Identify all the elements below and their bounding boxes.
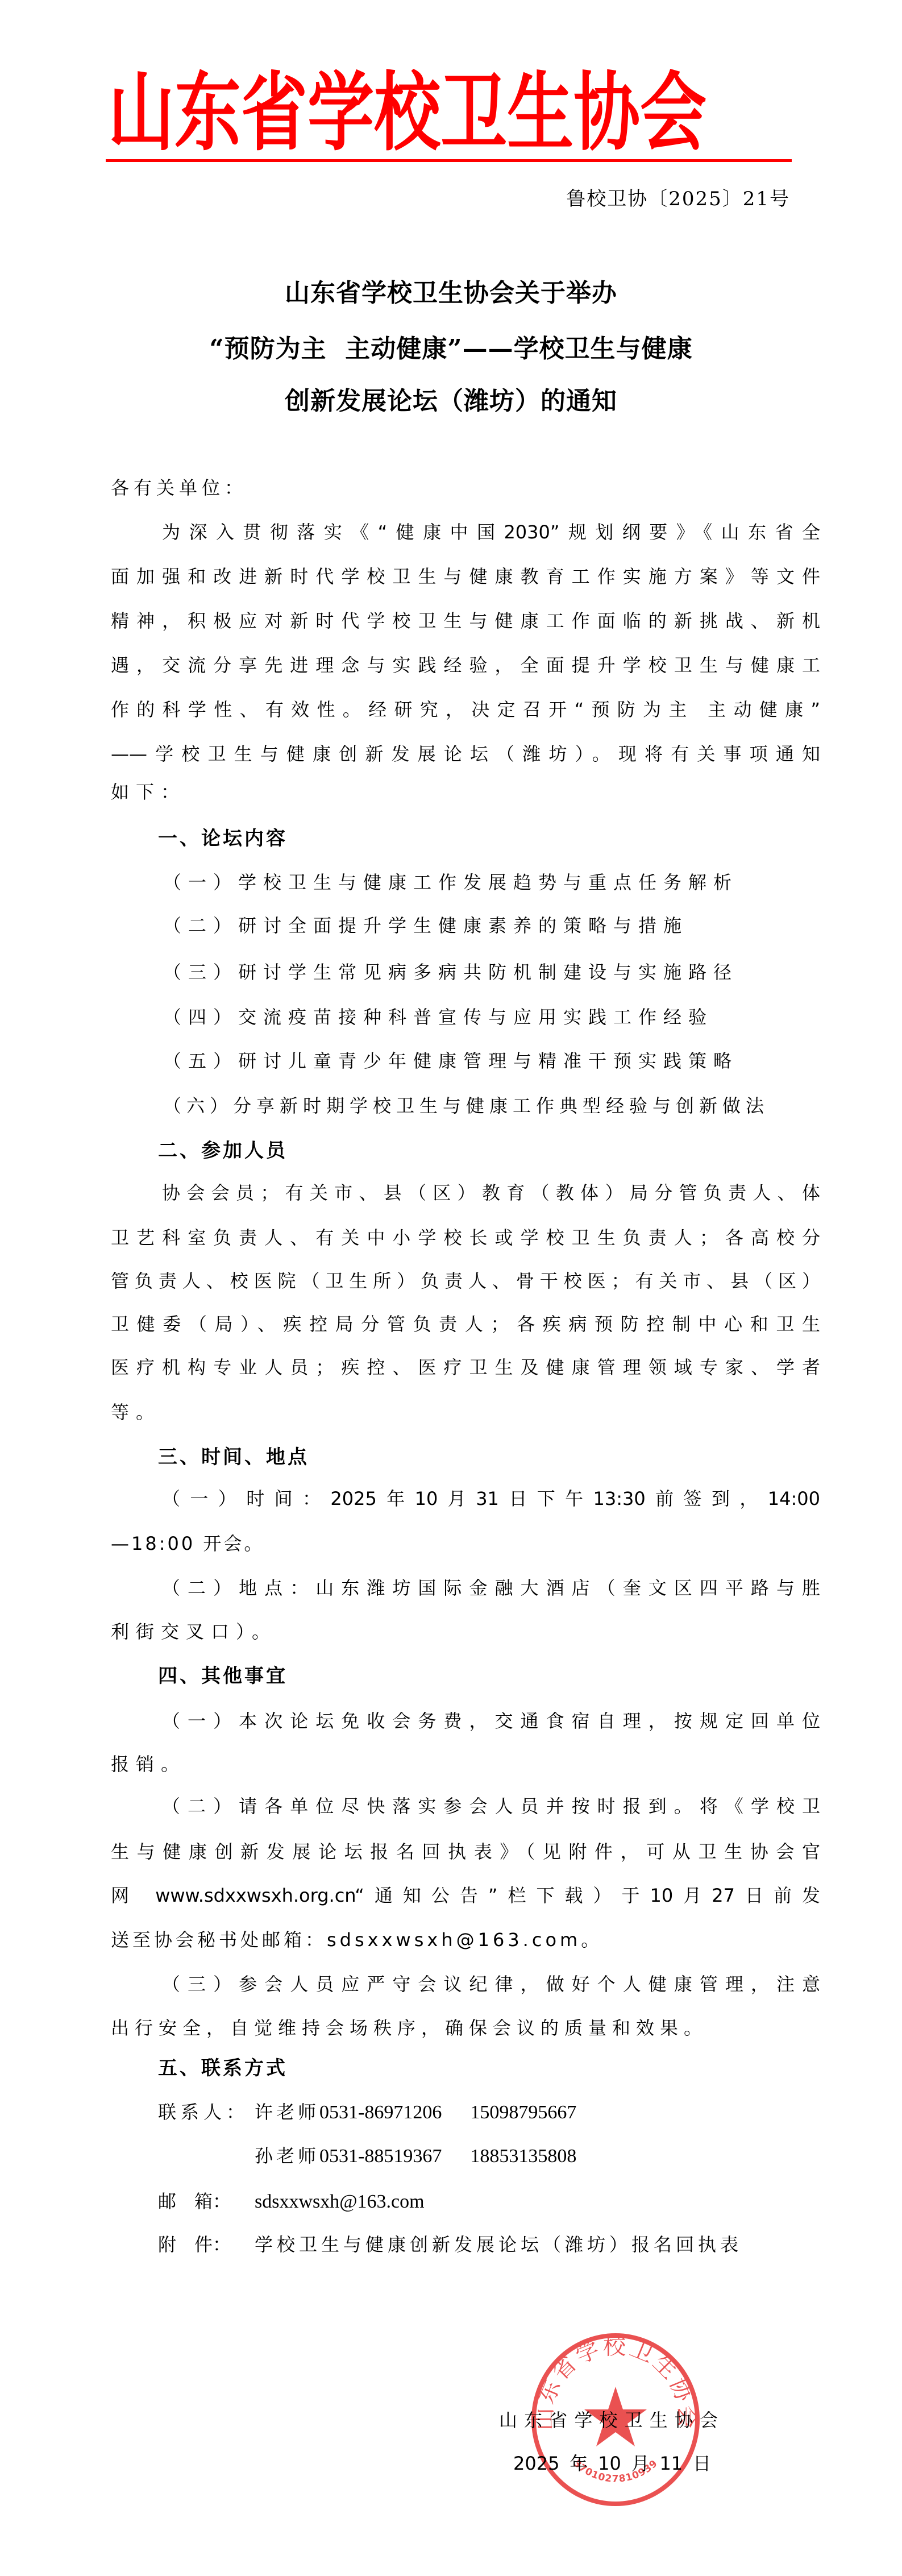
intro-line: 面加强和改进新时代学校卫生与健康教育工作实施方案》等文件 — [111, 562, 820, 591]
masthead-char: 协 — [573, 67, 640, 158]
masthead-char: 山 — [108, 67, 174, 158]
other-matters-line: 网 www.sdxxwsxh.org.cn“通知公告”栏下载）于10月27日前发 — [111, 1881, 820, 1910]
contact-mobile: 15098795667 — [470, 2102, 576, 2123]
notice-title-line: 创新发展论坛（潍坊）的通知 — [0, 384, 902, 418]
participants-line: 卫健委（局）、疾控局分管负责人；各疾病预防控制中心和卫生 — [111, 1310, 820, 1338]
time-place-line: （二）地点：山东潍坊国际金融大酒店（奎文区四平路与胜 — [162, 1574, 820, 1602]
attachment-title[interactable]: 学校卫生与健康创新发展论坛（潍坊）报名回执表 — [255, 2234, 742, 2255]
forum-topic-item: （六）分享新时期学校卫生与健康工作典型经验与创新做法 — [163, 1092, 769, 1120]
forum-topic-item: （三）研讨学生常见病多病共防机制建设与实施路径 — [163, 958, 738, 986]
contact-row: 孙老师0531-8851936718853135808 — [158, 2142, 576, 2170]
participants-line: 医疗机构专业人员；疾控、医疗卫生及健康管理领域专家、学者 — [111, 1353, 820, 1382]
contact-label: 联系人： — [158, 2098, 255, 2126]
salutation: 各有关单位： — [111, 474, 247, 502]
org-masthead: 山 东 省 学 校 卫 生 协 会 — [108, 67, 642, 158]
signoff-organization: 山东省学校卫生协会 — [499, 2406, 718, 2434]
other-matters-line: 送至协会秘书处邮箱：sdsxxwsxh@163.com。 — [111, 1926, 602, 1954]
masthead-char: 东 — [174, 67, 241, 158]
section-heading-other-matters: 四、其他事宜 — [158, 1662, 288, 1690]
intro-line: 如下： — [111, 778, 186, 806]
intro-line: 精神，积极应对新时代学校卫生与健康工作面临的新挑战、新机 — [111, 607, 820, 635]
masthead-char: 生 — [507, 67, 573, 158]
document-number: 鲁校卫协〔2025〕21号 — [566, 188, 790, 210]
notice-title-line: 山东省学校卫生协会关于举办 — [0, 276, 902, 310]
email-address[interactable]: sdsxxwsxh@163.com — [255, 2191, 425, 2212]
document-page: 山 东 省 学 校 卫 生 协 会 鲁校卫协〔2025〕21号 山东省学校卫生协… — [0, 0, 902, 2576]
contact-name: 孙老师 — [255, 2145, 319, 2167]
contact-mobile: 18853135808 — [470, 2146, 576, 2167]
other-matters-line: （三）参会人员应严守会议纪律，做好个人健康管理，注意 — [162, 1970, 820, 1998]
section-heading-time-place: 三、时间、地点 — [158, 1443, 309, 1471]
attachment-label: 附 件： — [158, 2230, 255, 2259]
masthead-char: 会 — [640, 67, 706, 158]
time-place-line: （一）时间：2025年10月31日下午13:30前签到，14:00 — [162, 1484, 820, 1513]
contact-name: 许老师 — [255, 2101, 319, 2123]
intro-line: ——学校卫生与健康创新发展论坛（潍坊）。现将有关事项通知 — [111, 740, 820, 768]
intro-line: 为深入贯彻落实《“健康中国2030”规划纲要》《山东省全 — [162, 518, 820, 546]
email-row: 邮 箱：sdsxxwsxh@163.com — [158, 2187, 425, 2216]
attachment-row: 附 件：学校卫生与健康创新发展论坛（潍坊）报名回执表 — [158, 2230, 742, 2259]
contact-row: 联系人：许老师0531-8697120615098795667 — [158, 2098, 576, 2126]
contact-phone: 0531-86971206 — [319, 2102, 442, 2123]
masthead-divider — [106, 159, 792, 162]
other-matters-line: 出行安全，自觉维持会场秩序，确保会议的质量和效果。 — [111, 2014, 708, 2042]
masthead-char: 学 — [307, 67, 374, 158]
intro-line: 遇，交流分享先进理念与实践经验，全面提升学校卫生与健康工 — [111, 651, 820, 679]
intro-line: 作的科学性、有效性。经研究，决定召开“预防为主 主动健康” — [111, 695, 820, 724]
forum-topic-item: （四）交流疫苗接种科普宣传与应用实践工作经验 — [163, 1003, 713, 1031]
signoff-date: 2025年10月11日 — [513, 2449, 711, 2478]
participants-line: 管负责人、校医院（卫生所）负责人、骨干校医；有关市、县（区） — [111, 1267, 820, 1295]
section-heading-forum-content: 一、论坛内容 — [158, 824, 288, 853]
other-matters-line: 生与健康创新发展论坛报名回执表》（见附件，可从卫生协会官 — [111, 1837, 820, 1866]
masthead-char: 校 — [374, 67, 440, 158]
other-matters-line: （一）本次论坛免收会务费，交通食宿自理，按规定回单位 — [162, 1707, 820, 1735]
time-place-line: —18:00 开会。 — [111, 1529, 264, 1558]
masthead-char: 卫 — [440, 67, 507, 158]
section-heading-participants: 二、参加人员 — [158, 1136, 288, 1165]
forum-topic-item: （一）学校卫生与健康工作发展趋势与重点任务解析 — [163, 868, 738, 897]
participants-line: 卫艺科室负责人、有关中小学校长或学校卫生负责人；各高校分 — [111, 1223, 820, 1252]
contact-phone: 0531-88519367 — [319, 2146, 442, 2167]
other-matters-line: 报销。 — [111, 1750, 186, 1778]
forum-topic-item: （五）研讨儿童青少年健康管理与精准干预实践策略 — [163, 1047, 738, 1075]
email-label: 邮 箱： — [158, 2187, 255, 2216]
notice-title-line: “预防为主 主动健康”——学校卫生与健康 — [0, 332, 902, 366]
participants-line: 等。 — [111, 1398, 161, 1426]
section-heading-contact: 五、联系方式 — [158, 2054, 288, 2083]
masthead-char: 省 — [241, 67, 307, 158]
forum-topic-item: （二）研讨全面提升学生健康素养的策略与措施 — [163, 911, 688, 940]
time-place-line: 利街交叉口）。 — [111, 1617, 277, 1646]
participants-line: 协会会员；有关市、县（区）教育（教体）局分管负责人、体 — [162, 1179, 820, 1207]
other-matters-line: （二）请各单位尽快落实参会人员并按时报到。将《学校卫 — [162, 1792, 820, 1820]
